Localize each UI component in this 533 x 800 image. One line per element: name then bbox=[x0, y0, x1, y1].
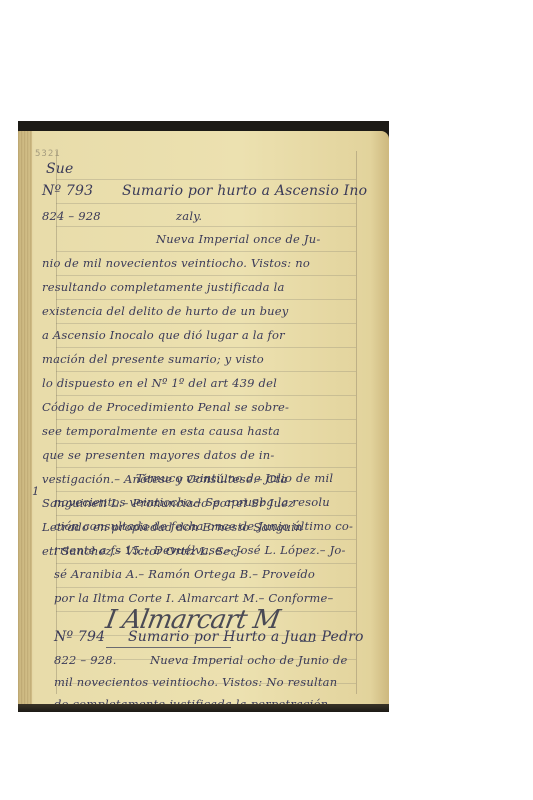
body-line: nio de mil novecientos veintiocho. Visto… bbox=[42, 256, 310, 270]
ruled-line bbox=[56, 299, 356, 300]
signature-underline bbox=[106, 647, 231, 648]
ruled-line bbox=[56, 443, 356, 444]
body-line: lo dispuesto en el Nº 1º del art 439 del bbox=[42, 376, 277, 390]
entry-title-cont: zaly. bbox=[176, 209, 202, 223]
body-line: mación del presente sumario; y visto bbox=[42, 352, 264, 366]
scanned-ledger-page: 5321 Sue Nº 793 Sumario por hurto a Asce… bbox=[18, 121, 389, 712]
ruled-line bbox=[56, 515, 356, 516]
entry-title: Sumario por hurto a Ascensio Ino bbox=[122, 183, 367, 199]
ruled-line bbox=[56, 251, 356, 252]
ruled-line bbox=[56, 371, 356, 372]
entry-pages: 824 – 928 bbox=[42, 209, 101, 223]
body-line: mil novecientos veintiocho. Vistos: No r… bbox=[54, 675, 337, 689]
page-edge-stack bbox=[18, 131, 32, 704]
ruled-line bbox=[56, 275, 356, 276]
resolution-line: por la Iltma Corte I. Almarcart M.– Conf… bbox=[54, 591, 333, 605]
ruled-line bbox=[56, 226, 356, 227]
header-mark: Sue bbox=[46, 161, 74, 177]
resolution-line: Temuco veintiuno de Julio de mil bbox=[136, 471, 333, 485]
body-line: see temporalmente en esta causa hasta bbox=[42, 424, 280, 438]
entry-number: Nº 794 bbox=[54, 629, 105, 645]
right-margin-rule bbox=[356, 151, 357, 694]
ruled-line bbox=[56, 179, 356, 180]
ruled-line bbox=[56, 323, 356, 324]
margin-mark: 1 bbox=[32, 484, 40, 498]
ruled-line bbox=[56, 347, 356, 348]
body-line: Código de Procedimiento Penal se sobre- bbox=[42, 400, 289, 414]
ruled-line bbox=[56, 539, 356, 540]
resolution-line: sé Aranibia A.– Ramón Ortega B.– Proveíd… bbox=[54, 567, 315, 581]
ruled-line bbox=[56, 491, 356, 492]
corner-stamp: 5321 bbox=[35, 149, 61, 159]
resolution-line: novecientos veintiocho.– Se aprueba la r… bbox=[54, 495, 330, 509]
body-line: a Ascensio Inocalo que dió lugar a la fo… bbox=[42, 328, 285, 342]
ruled-line bbox=[56, 467, 356, 468]
ruled-line bbox=[56, 395, 356, 396]
body-line: Nueva Imperial ocho de Junio de bbox=[150, 653, 347, 667]
entry-number: Nº 793 bbox=[42, 183, 93, 199]
ruled-line bbox=[56, 203, 356, 204]
body-line: existencia del delito de hurto de un bue… bbox=[42, 304, 288, 318]
resolution-line: ción consultada de fecha once de Junio ú… bbox=[54, 519, 353, 533]
body-line: resultando completamente justificada la bbox=[42, 280, 285, 294]
entry-pages: 822 – 928. bbox=[54, 653, 117, 667]
resolution-line: rriente a fs 15.– Devuélvase.– José L. L… bbox=[54, 543, 346, 557]
body-line: que se presenten mayores datos de in- bbox=[42, 448, 274, 462]
ruled-line bbox=[56, 587, 356, 588]
ruled-line bbox=[56, 419, 356, 420]
ruled-line bbox=[56, 563, 356, 564]
entry-title: Sumario por Hurto a Juan Pedro bbox=[128, 629, 364, 645]
left-margin-rule bbox=[56, 151, 57, 694]
body-line: Nueva Imperial once de Ju- bbox=[156, 232, 320, 246]
bottom-binding-shadow bbox=[18, 704, 389, 712]
